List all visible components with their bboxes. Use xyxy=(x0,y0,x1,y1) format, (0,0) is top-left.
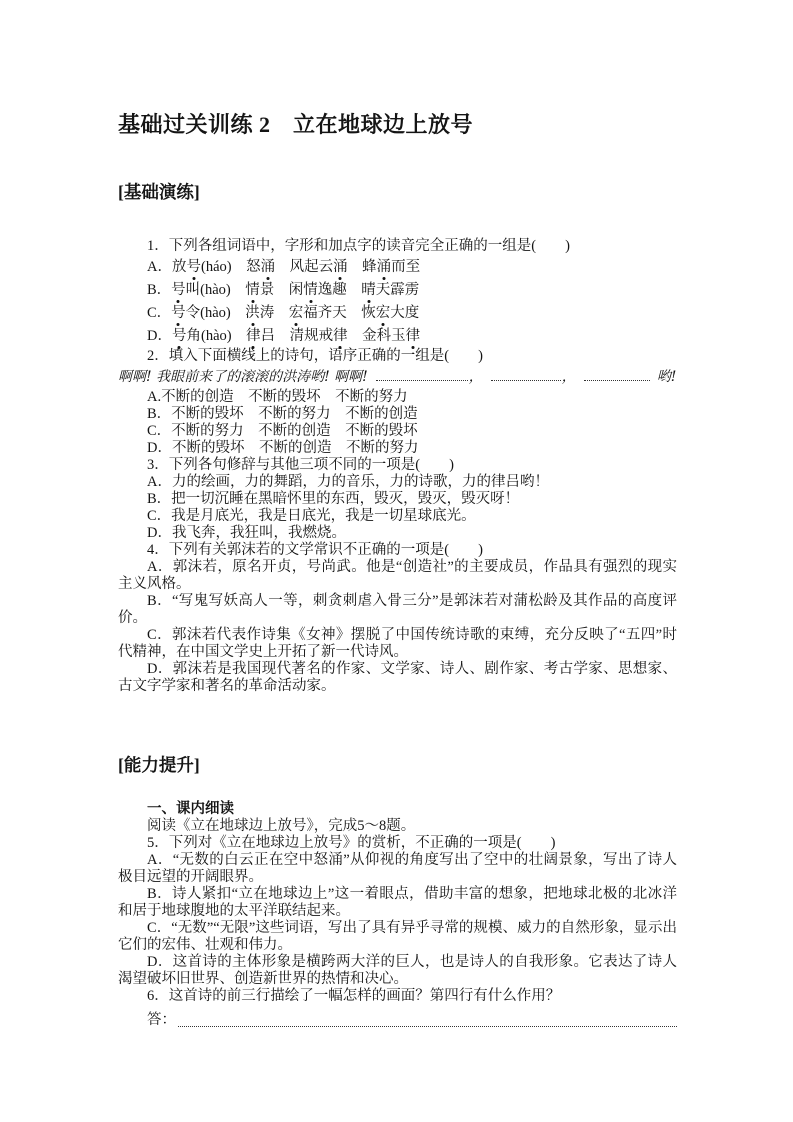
emphasis-dot-char: 律 xyxy=(406,328,421,344)
question-5-option-a: A．“无数的白云正在空中怒涌”从仰视的角度写出了空中的壮阔景象，写出了诗人极目远… xyxy=(118,852,677,886)
emphasis-dot-char: 涌 xyxy=(377,259,392,275)
poem-quote-suffix: 哟! xyxy=(657,369,677,385)
emphasis-dot-char: 情 xyxy=(303,282,318,298)
question-4-stem: 4．下列有关郭沫若的文学常识不正确的一项是( ) xyxy=(118,542,677,559)
question-2-option-a: A.不断的创造 不断的毁坏 不断的努力 xyxy=(118,389,677,406)
question-1-option-d: D．号角(hào) 律吕 清规戒律 金科玉律 xyxy=(118,325,677,348)
emphasis-dot-char: 律 xyxy=(333,328,348,344)
emphasis-dot-char: 律 xyxy=(246,328,261,344)
reading-intro: 阅读《立在地球边上放号》，完成5～8题。 xyxy=(118,818,677,835)
emphasis-dot-char: 情 xyxy=(245,282,260,298)
question-4-option-b: B．“写鬼写妖高人一等，刺贪刺虐入骨三分”是郭沫若对蒲松龄及其作品的高度评价。 xyxy=(118,593,677,627)
emphasis-dot-char: 号 xyxy=(172,328,187,344)
question-3: 3．下列各句修辞与其他三项不同的一项是( ) A．力的绘画，力的舞蹈，力的音乐，… xyxy=(118,457,677,542)
question-6: 6．这首诗的前三行描绘了一幅怎样的画面？第四行有什么作用？ 答： xyxy=(118,988,677,1030)
question-3-option-c: C．我是月底光，我是日底光，我是一切星球底光。 xyxy=(118,508,677,525)
emphasis-dot-char: 涌 xyxy=(333,259,348,275)
question-1-option-b: B．号叫(hào) 情景 闲情逸趣 晴天霹雳 xyxy=(118,279,677,302)
question-4-option-d: D．郭沫若是我国现代著名的作家、文学家、诗人、剧作家、考古学家、思想家、古文字学… xyxy=(118,661,677,695)
question-3-option-d: D．我飞奔，我狂叫，我燃烧。 xyxy=(118,525,677,542)
question-3-option-a: A．力的绘画，力的舞蹈，力的音乐，力的诗歌，力的律吕哟！ xyxy=(118,474,677,491)
question-2-option-c: C．不断的努力 不断的创造 不断的毁坏 xyxy=(118,423,677,440)
fill-in-blank-3 xyxy=(584,368,650,381)
question-1-stem: 1．下列各组词语中，字形和加点字的读音完全正确的一组是( ) xyxy=(118,236,677,256)
question-2: 2．填入下面横线上的诗句，语序正确的一组是( ) 啊啊! 我眼前来了的滚滚的洪涛… xyxy=(118,348,677,457)
emphasis-dot-char: 宏 xyxy=(376,305,391,321)
emphasis-dot-char: 洪 xyxy=(245,305,260,321)
answer-label: 答： xyxy=(118,1010,176,1030)
question-2-stem: 2．填入下面横线上的诗句，语序正确的一组是( ) xyxy=(118,348,677,365)
question-3-option-b: B．把一切沉睡在黑暗怀里的东西，毁灭，毁灭，毁灭呀！ xyxy=(118,491,677,508)
question-1: 1．下列各组词语中，字形和加点字的读音完全正确的一组是( ) A．放号(háo)… xyxy=(118,236,677,348)
question-4-option-a: A．郭沫若，原名开贞，号尚武。他是“创造社”的主要成员，作品具有强烈的现实主义风… xyxy=(118,559,677,593)
question-5-option-b: B．诗人紧扣“立在地球边上”这一着眼点，借助丰富的想象，把地球北极的北冰洋和居于… xyxy=(118,886,677,920)
emphasis-dot-char: 号 xyxy=(186,259,201,275)
question-1-option-a: A．放号(háo) 怒涌 风起云涌 蜂涌而至 xyxy=(118,256,677,279)
answer-row: 答： xyxy=(118,1010,677,1030)
question-6-stem: 6．这首诗的前三行描绘了一幅怎样的画面？第四行有什么作用？ xyxy=(118,988,677,1005)
part-one-heading: 一、课内细读 xyxy=(118,801,677,818)
question-5: 5．下列对《立在地球边上放号》的赏析，不正确的一项是( ) A．“无数的白云正在… xyxy=(118,835,677,988)
question-5-option-d: D．这首诗的主体形象是横跨两大洋的巨人，也是诗人的自我形象。它表达了诗人渴望破坏… xyxy=(118,954,677,988)
fill-in-blank-1 xyxy=(376,368,468,381)
emphasis-dot-char: 晴 xyxy=(361,282,376,298)
question-4-option-c: C．郭沫若代表作诗集《女神》摆脱了中国传统诗歌的束缚，充分反映了“五四”时代精神… xyxy=(118,627,677,661)
emphasis-dot-char: 涌 xyxy=(261,259,276,275)
worksheet-page: 基础过关训练 2 立在地球边上放号 [基础演练] 1．下列各组词语中，字形和加点… xyxy=(0,0,793,1122)
poem-quote-line: 啊啊! 我眼前来了的滚滚的洪涛哟! 啊啊!，，哟! xyxy=(118,365,677,389)
section-header-basic-drill: [基础演练] xyxy=(118,182,677,202)
emphasis-dot-char: 号 xyxy=(171,282,186,298)
question-3-stem: 3．下列各句修辞与其他三项不同的一项是( ) xyxy=(118,457,677,474)
fill-in-blank-2 xyxy=(491,368,561,381)
blank-separator-1: ， xyxy=(469,369,483,385)
section-header-ability-boost: [能力提升] xyxy=(118,755,677,775)
poem-quote-prefix: 啊啊! 我眼前来了的滚滚的洪涛哟! 啊啊! xyxy=(118,369,368,385)
question-2-option-d: D．不断的毁坏 不断的创造 不断的努力 xyxy=(118,440,677,457)
question-1-option-c: C．号令(hào) 洪涛 宏福齐天 恢宏大度 xyxy=(118,302,677,325)
emphasis-dot-char: 宏 xyxy=(289,305,304,321)
question-4: 4．下列有关郭沫若的文学常识不正确的一项是( ) A．郭沫若，原名开贞，号尚武。… xyxy=(118,542,677,695)
answer-dotted-line xyxy=(178,1012,677,1028)
question-2-option-b: B．不断的毁坏 不断的努力 不断的创造 xyxy=(118,406,677,423)
page-title: 基础过关训练 2 立在地球边上放号 xyxy=(118,112,677,138)
emphasis-dot-char: 号 xyxy=(171,305,186,321)
blank-separator-2: ， xyxy=(562,369,576,385)
question-5-option-c: C．“无数”“无限”这些词语，写出了具有异乎寻常的规模、威力的自然形象，显示出它… xyxy=(118,920,677,954)
question-5-stem: 5．下列对《立在地球边上放号》的赏析，不正确的一项是( ) xyxy=(118,835,677,852)
